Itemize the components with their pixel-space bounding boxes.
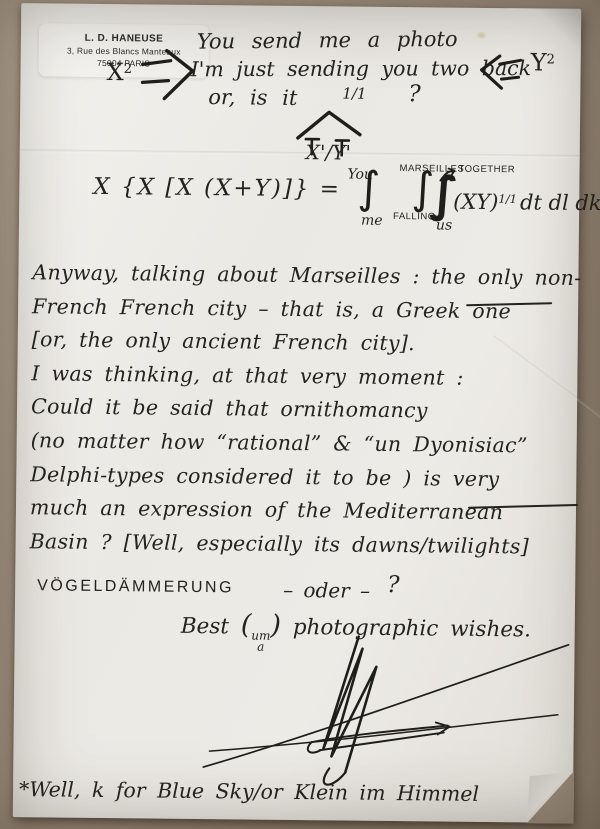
body-paragraph: Anyway, talking about Marseilles : the o… bbox=[29, 256, 580, 564]
body-line: Basin ? [Well, especially its dawns/twil… bbox=[29, 525, 577, 564]
letter-paper: L. D. HANEUSE 3, Rue des Blancs Manteaux… bbox=[13, 3, 581, 823]
vogel-oder: – oder – bbox=[283, 578, 370, 603]
x-base: X bbox=[106, 58, 123, 86]
integrand-exponent: 1/1 bbox=[498, 192, 517, 206]
y-exponent: 2 bbox=[546, 52, 555, 67]
y-base: Y bbox=[531, 48, 547, 76]
footnote: *Well, k for Blue Sky/or Klein im Himmel bbox=[19, 777, 479, 806]
letterhead-name: L. D. HANEUSE bbox=[41, 32, 207, 45]
integral-icon: ∫ bbox=[357, 169, 380, 209]
integral1-lower: me bbox=[361, 213, 383, 229]
header-line3: or, is it bbox=[208, 85, 297, 110]
paper-stain bbox=[477, 32, 486, 39]
body-line: Anyway, talking about Marseilles : the o… bbox=[32, 256, 580, 295]
photo-background: L. D. HANEUSE 3, Rue des Blancs Manteaux… bbox=[0, 0, 600, 829]
vogel-word: VÖGELDÄMMERUNG bbox=[37, 577, 234, 597]
arrow-left-icon bbox=[478, 54, 522, 90]
equation-integrand: (XY)1/1dt dl dk* bbox=[453, 190, 600, 216]
header-fraction: 1/1 bbox=[342, 84, 366, 102]
equation-lhs: X {X [X (X+Y)]} = bbox=[93, 174, 341, 203]
body-line: much an expression of the Mediterranean bbox=[30, 491, 578, 530]
body-line: Could it be said that ornithomancy bbox=[31, 391, 579, 430]
vogel-question-mark: ? bbox=[387, 572, 400, 598]
header-line1: You send me a photo bbox=[197, 27, 458, 54]
integral3-upper: TOGETHER bbox=[459, 164, 516, 176]
signature bbox=[199, 631, 573, 803]
body-line: French French city – that is, a Greek on… bbox=[32, 290, 580, 329]
y-squared: Y2 bbox=[531, 48, 556, 76]
integrand-base: (XY) bbox=[453, 190, 498, 214]
x-squared: X2 bbox=[106, 58, 132, 86]
ratio-label: X'/Y' bbox=[306, 140, 351, 164]
integral3-lower: us bbox=[436, 217, 452, 233]
arrow-right-icon bbox=[140, 48, 197, 101]
x-exponent: 2 bbox=[124, 62, 133, 77]
header-question-mark: ? bbox=[408, 81, 421, 107]
body-line: (no matter how “rational” & “un Dyonisia… bbox=[31, 424, 579, 463]
body-line: I was thinking, at that very moment : bbox=[31, 357, 579, 396]
equation-tail: dt dl dk* bbox=[520, 190, 600, 215]
body-line: [or, the only ancient French city]. bbox=[32, 323, 580, 362]
body-line: Delphi-types considered it to be ) is ve… bbox=[30, 458, 578, 497]
